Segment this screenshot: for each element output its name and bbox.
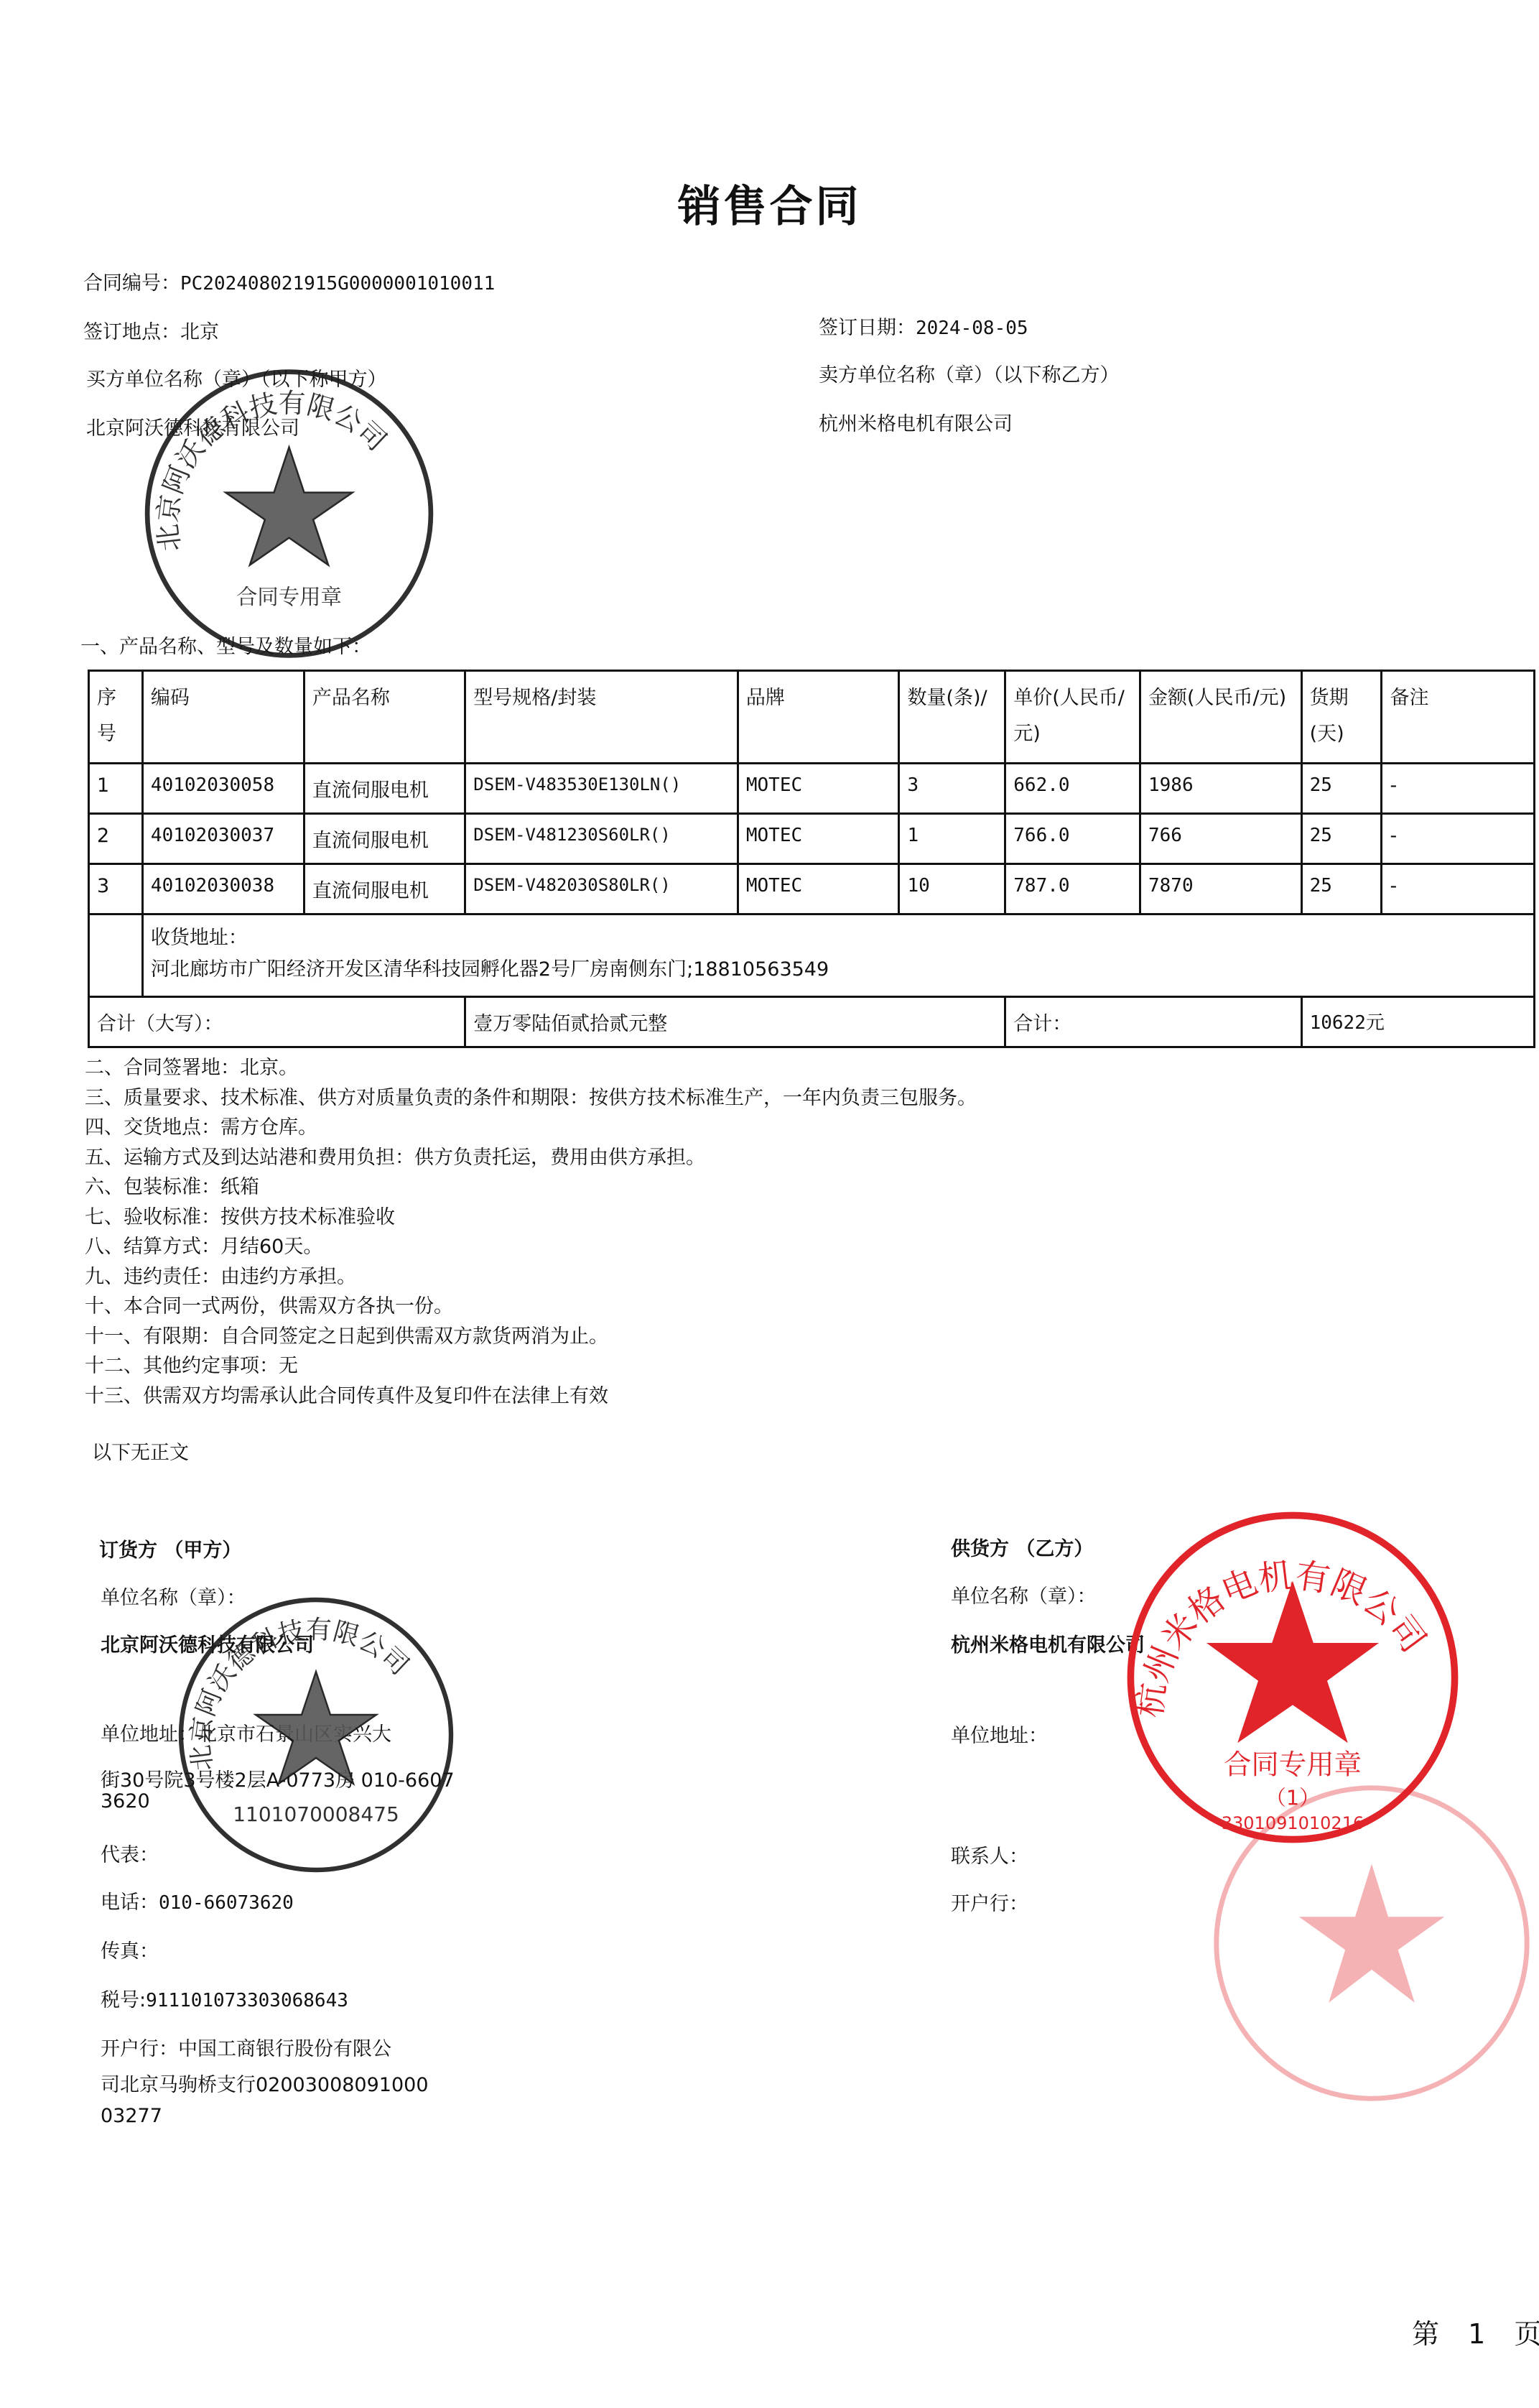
table-row: 3 40102030038 直流伺服电机 DSEM-V482030S80LR()… [89,864,1535,914]
clause-item: 七、验收标准：按供方技术标准验收 [85,1203,977,1233]
cell-qty: 1 [899,814,1005,864]
buyer-stamp-icon: 北京阿沃德科技有限公司 合同专用章 [129,363,449,664]
cell-code: 40102030058 [142,764,304,814]
header-cell: 单价(人民币/元) [1005,671,1140,764]
contract-number-value: PC202408021915G0000001010011 [180,273,495,295]
cell-remark: - [1382,764,1535,814]
sign-place: 签订地点：北京 [83,316,219,344]
cell-amount: 1986 [1140,764,1302,814]
delivery-address-value: 河北廊坊市广阳经济开发区清华科技园孵化器2号厂房南侧东门;18810563549 [151,954,1526,986]
cell-name: 直流伺服电机 [304,764,465,814]
cell-unit-price: 662.0 [1005,764,1140,814]
contract-clauses: 二、合同签署地：北京。 三、质量要求、技术标准、供方对质量负责的条件和期限：按供… [85,1053,977,1411]
party-a-fax-label: 传真： [101,1935,159,1963]
party-a-tax: 税号:911101073303068643 [101,1984,348,2012]
party-a-bank-label: 开户行： [101,2038,178,2060]
delivery-address-row: 收货地址： 河北廊坊市广阳经济开发区清华科技园孵化器2号厂房南侧东门;18810… [89,914,1535,997]
total-value: 10622元 [1301,997,1534,1047]
cell-model: DSEM-V482030S80LR() [465,864,738,914]
party-a-phone-label: 电话： [101,1891,159,1914]
total-caps-value: 壹万零陆佰贰拾贰元整 [465,997,1005,1047]
contract-number: 合同编号：PC202408021915G0000001010011 [83,267,495,295]
clause-item: 六、包装标准：纸箱 [85,1172,977,1203]
sign-date: 签订日期：2024-08-05 [819,312,1028,340]
cell-no: 1 [89,764,143,814]
cell-no: 3 [89,864,143,914]
cell-brand: MOTEC [738,764,899,814]
sign-place-label: 签订地点： [83,321,180,343]
table-header-row: 序号 编码 产品名称 型号规格/封装 品牌 数量(条)/ 单价(人民币/元) 金… [89,671,1535,764]
end-note: 以下无正文 [92,1437,189,1465]
party-b-name-label: 单位名称（章）： [951,1580,1097,1608]
clause-item: 二、合同签署地：北京。 [85,1053,977,1083]
header-cell: 货期(天) [1301,671,1382,764]
party-a-bank-line2: 司北京马驹桥支行02003008091000 [101,2069,429,2097]
cell-brand: MOTEC [738,864,899,914]
cell-lead-days: 25 [1301,764,1382,814]
party-b-contact-label: 联系人： [951,1840,1028,1868]
cell-name: 直流伺服电机 [304,864,465,914]
party-a-tax-label: 税号: [101,1989,146,2011]
cell-qty: 3 [899,764,1005,814]
clause-item: 三、质量要求、技术标准、供方对质量负责的条件和期限：按供方技术标准生产，一年内负… [85,1083,977,1113]
delivery-address-label: 收货地址： [151,922,1526,954]
cell-lead-days: 25 [1301,864,1382,914]
cell-unit-price: 766.0 [1005,814,1140,864]
clause-item: 十三、供需双方均需承认此合同传真件及复印件在法律上有效 [85,1381,977,1412]
party-a-tax-value: 911101073303068643 [146,1990,348,2011]
total-row: 合计（大写）： 壹万零陆佰贰拾贰元整 合计： 10622元 [89,997,1535,1047]
header-cell: 品牌 [738,671,899,764]
product-table: 序号 编码 产品名称 型号规格/封装 品牌 数量(条)/ 单价(人民币/元) 金… [88,670,1535,1048]
party-b-address-label: 单位地址： [951,1720,1048,1748]
faded-stamp-icon [1206,1774,1537,2112]
party-a-phone-value: 010-66073620 [159,1892,294,1914]
cell-amount: 7870 [1140,864,1302,914]
cell-amount: 766 [1140,814,1302,864]
party-a-address-line3: 3620 [101,1790,150,1812]
header-cell: 产品名称 [304,671,465,764]
party-b-heading: 供货方 （乙方） [951,1533,1093,1561]
party-a-heading: 订货方 （甲方） [99,1534,241,1562]
header-cell: 备注 [1382,671,1535,764]
cell-code: 40102030038 [142,864,304,914]
cell-qty: 10 [899,864,1005,914]
table-row: 1 40102030058 直流伺服电机 DSEM-V483530E130LN(… [89,764,1535,814]
address-spacer-cell [89,914,143,997]
clause-item: 十二、其他约定事项：无 [85,1351,977,1381]
header-cell: 金额(人民币/元) [1140,671,1302,764]
buyer-stamp-icon: 北京阿沃德科技有限公司 1101070008475 [172,1591,460,1879]
page-number: 第 1 页 [1412,2312,1539,2351]
party-a-rep-label: 代表： [101,1839,159,1867]
party-a-bank-line3: 03277 [101,2105,162,2127]
buyer-stamp-no: 1101070008475 [233,1802,399,1826]
table-row: 2 40102030037 直流伺服电机 DSEM-V481230S60LR()… [89,814,1535,864]
total-caps-label: 合计（大写）： [89,997,465,1047]
party-a-bank-line1: 中国工商银行股份有限公 [178,2038,391,2060]
buyer-contract-stamp: 北京阿沃德科技有限公司 合同专用章 [129,363,449,664]
party-a-phone: 电话：010-66073620 [101,1886,294,1914]
party-b-bank-label: 开户行： [951,1888,1028,1916]
cell-unit-price: 787.0 [1005,864,1140,914]
seller-heading: 卖方单位名称（章）（以下称乙方） [819,359,1120,387]
header-cell: 编码 [142,671,304,764]
sign-place-value: 北京 [180,321,219,343]
total-label: 合计： [1005,997,1301,1047]
cell-brand: MOTEC [738,814,899,864]
sign-date-value: 2024-08-05 [916,318,1028,339]
buyer-signature-stamp: 北京阿沃德科技有限公司 1101070008475 [172,1591,460,1879]
cell-remark: - [1382,864,1535,914]
clause-item: 十一、有限期：自合同签定之日起到供需双方款货两消为止。 [85,1322,977,1352]
header-cell: 数量(条)/ [899,671,1005,764]
seller-name: 杭州米格电机有限公司 [819,408,1013,436]
cell-lead-days: 25 [1301,814,1382,864]
cell-model: DSEM-V481230S60LR() [465,814,738,864]
sign-date-label: 签订日期： [819,317,916,339]
clause-item: 五、运输方式及到达站港和费用负担：供方负责托运，费用由供方承担。 [85,1143,977,1173]
cell-no: 2 [89,814,143,864]
party-a-bank: 开户行：中国工商银行股份有限公 [101,2033,391,2061]
clause-item: 十、本合同一式两份，供需双方各执一份。 [85,1292,977,1322]
buyer-stamp-sub: 合同专用章 [236,585,342,609]
header-cell: 型号规格/封装 [465,671,738,764]
cell-remark: - [1382,814,1535,864]
header-cell: 序号 [89,671,143,764]
cell-name: 直流伺服电机 [304,814,465,864]
clause-item: 八、结算方式：月结60天。 [85,1232,977,1262]
cell-code: 40102030037 [142,814,304,864]
clause-item: 九、违约责任：由违约方承担。 [85,1262,977,1292]
delivery-address-cell: 收货地址： 河北廊坊市广阳经济开发区清华科技园孵化器2号厂房南侧东门;18810… [142,914,1534,997]
seller-faded-stamp [1206,1774,1537,2112]
document-title: 销售合同 [0,172,1539,234]
party-b-name: 杭州米格电机有限公司 [951,1629,1145,1657]
cell-model: DSEM-V483530E130LN() [465,764,738,814]
clause-item: 四、交货地点：需方仓库。 [85,1113,977,1143]
contract-number-label: 合同编号： [83,272,180,295]
